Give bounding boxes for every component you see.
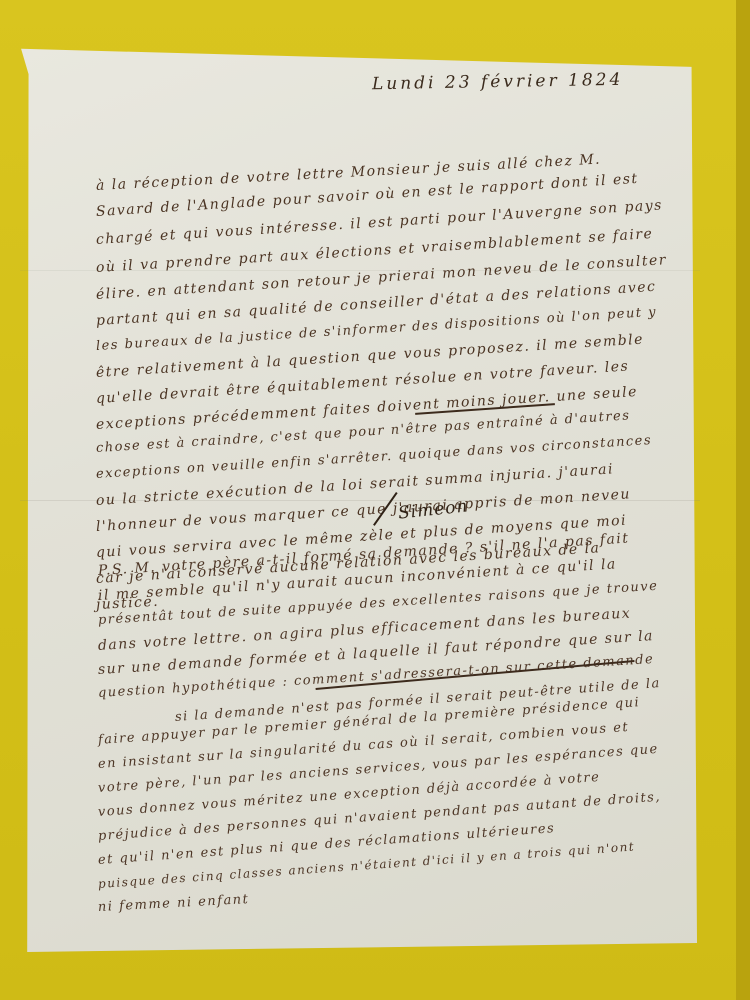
background-edge-shadow (736, 0, 750, 1000)
